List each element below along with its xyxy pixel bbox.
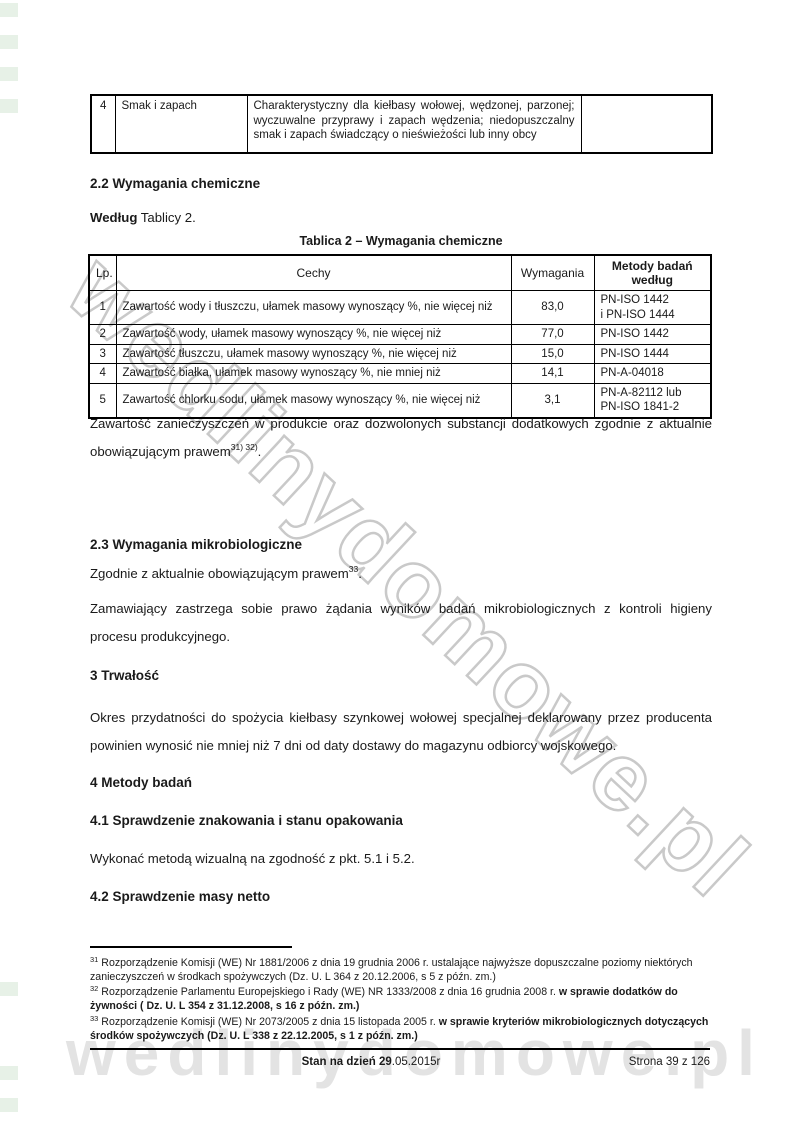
empty-cell: [581, 95, 712, 153]
table-header-row: Lp. Cechy Wymagania Metody badań według: [89, 255, 711, 291]
footnote-ref-31-32: 31) 32): [231, 442, 258, 452]
wymagania-cell: 15,0: [511, 344, 594, 364]
wymagania-cell: 77,0: [511, 325, 594, 345]
lp-cell: 2: [89, 325, 116, 345]
footnote-separator: [90, 946, 292, 948]
footnote-31: 31 Rozporządzenie Komisji (WE) Nr 1881/2…: [90, 953, 715, 984]
table2-intro: Według Tablicy 2.: [90, 210, 196, 225]
chemical-requirements-table: Lp. Cechy Wymagania Metody badań według …: [88, 254, 712, 419]
metody-line: PN-ISO 1442: [601, 293, 705, 308]
header-wymagania: Wymagania: [511, 255, 594, 291]
footnote-text: Rozporządzenie Komisji (WE) Nr 1881/2006…: [90, 957, 693, 983]
footer-rule: [90, 1048, 710, 1050]
footer-page-number: Strona 39 z 126: [90, 1056, 710, 1068]
footnote-marker: 32: [90, 984, 98, 993]
law-compliance-line: Zgodnie z aktualnie obowiązującym prawem…: [90, 566, 362, 581]
cecha-cell: Zawartość wody i tłuszczu, ułamek masowy…: [116, 291, 511, 325]
table-row: 4 Zawartość białka, ułamek masowy wynosz…: [89, 364, 711, 384]
footnote-text: Rozporządzenie Komisji (WE) Nr 2073/2005…: [101, 1016, 438, 1028]
description-cell: Charakterystyczny dla kiełbasy wołowej, …: [247, 95, 581, 153]
header-lp: Lp.: [89, 255, 116, 291]
section-2-3-heading: 2.3 Wymagania mikrobiologiczne: [90, 537, 302, 552]
section-4-heading: 4 Metody badań: [90, 775, 192, 790]
cecha-cell: Zawartość tłuszczu, ułamek masowy wynosz…: [116, 344, 511, 364]
edge-mark: [0, 35, 18, 49]
table-row: 2 Zawartość wody, ułamek masowy wynosząc…: [89, 325, 711, 345]
metody-line: i PN-ISO 1444: [601, 308, 705, 323]
footnote-33: 33 Rozporządzenie Komisji (WE) Nr 2073/2…: [90, 1012, 715, 1043]
edge-mark: [0, 1066, 18, 1080]
contaminants-paragraph: Zawartość zanieczyszczeń w produkcie ora…: [90, 410, 712, 466]
cecha-cell: Zawartość białka, ułamek masowy wynosząc…: [116, 364, 511, 384]
lp-cell: 3: [89, 344, 116, 364]
sensory-requirements-table: 4 Smak i zapach Charakterystyczny dla ki…: [90, 94, 713, 154]
edge-mark: [0, 1098, 18, 1112]
intro-rest: Tablicy 2.: [137, 210, 195, 225]
section-3-heading: 3 Trwałość: [90, 668, 159, 683]
footnote-32: 32 Rozporządzenie Parlamentu Europejskie…: [90, 982, 715, 1013]
metody-cell: PN-ISO 1444: [594, 344, 711, 364]
edge-mark: [0, 3, 18, 17]
section-4-1-heading: 4.1 Sprawdzenie znakowania i stanu opako…: [90, 813, 403, 828]
period: .: [358, 566, 362, 581]
footnote-marker: 31: [90, 955, 98, 964]
period: .: [258, 444, 262, 459]
document-page: { "watermark": { "text": "wedlinydomowe.…: [0, 0, 800, 1132]
footnote-ref-33: 33: [349, 564, 358, 574]
header-metody: Metody badań według: [594, 255, 711, 291]
law-text: Zgodnie z aktualnie obowiązującym prawem: [90, 566, 349, 581]
table-row: 4 Smak i zapach Charakterystyczny dla ki…: [91, 95, 712, 153]
metody-cell: PN-ISO 1442: [594, 325, 711, 345]
intro-bold: Według: [90, 210, 137, 225]
lp-cell: 1: [89, 291, 116, 325]
lp-cell: 4: [89, 364, 116, 384]
footnote-marker: 33: [90, 1014, 98, 1023]
section-2-2-heading: 2.2 Wymagania chemiczne: [90, 176, 260, 191]
edge-mark: [0, 99, 18, 113]
metody-cell: PN-A-04018: [594, 364, 711, 384]
edge-mark: [0, 982, 18, 996]
edge-mark: [0, 67, 18, 81]
metody-cell: PN-ISO 1442i PN-ISO 1444: [594, 291, 711, 325]
section-4-2-heading: 4.2 Sprawdzenie masy netto: [90, 889, 270, 904]
wymagania-cell: 83,0: [511, 291, 594, 325]
metody-line: PN-ISO 1442: [601, 327, 705, 342]
table-row: 1 Zawartość wody i tłuszczu, ułamek maso…: [89, 291, 711, 325]
wymagania-cell: 14,1: [511, 364, 594, 384]
table2-caption: Tablica 2 – Wymagania chemiczne: [90, 234, 712, 248]
metody-line: PN-ISO 1444: [601, 347, 705, 362]
footnote-text: Rozporządzenie Parlamentu Europejskiego …: [101, 986, 559, 998]
cecha-cell: Zawartość wody, ułamek masowy wynoszący …: [116, 325, 511, 345]
feature-cell: Smak i zapach: [115, 95, 247, 153]
row-number-cell: 4: [91, 95, 115, 153]
microbiology-paragraph: Zamawiający zastrzega sobie prawo żądani…: [90, 595, 712, 651]
table-row: 3 Zawartość tłuszczu, ułamek masowy wyno…: [89, 344, 711, 364]
contaminants-text: Zawartość zanieczyszczeń w produkcie ora…: [90, 416, 712, 459]
metody-line: PN-A-04018: [601, 366, 705, 381]
shelf-life-paragraph: Okres przydatności do spożycia kiełbasy …: [90, 704, 712, 760]
visual-method-paragraph: Wykonać metodą wizualną na zgodność z pk…: [90, 851, 415, 866]
metody-line: PN-A-82112 lub: [601, 386, 705, 401]
header-cechy: Cechy: [116, 255, 511, 291]
